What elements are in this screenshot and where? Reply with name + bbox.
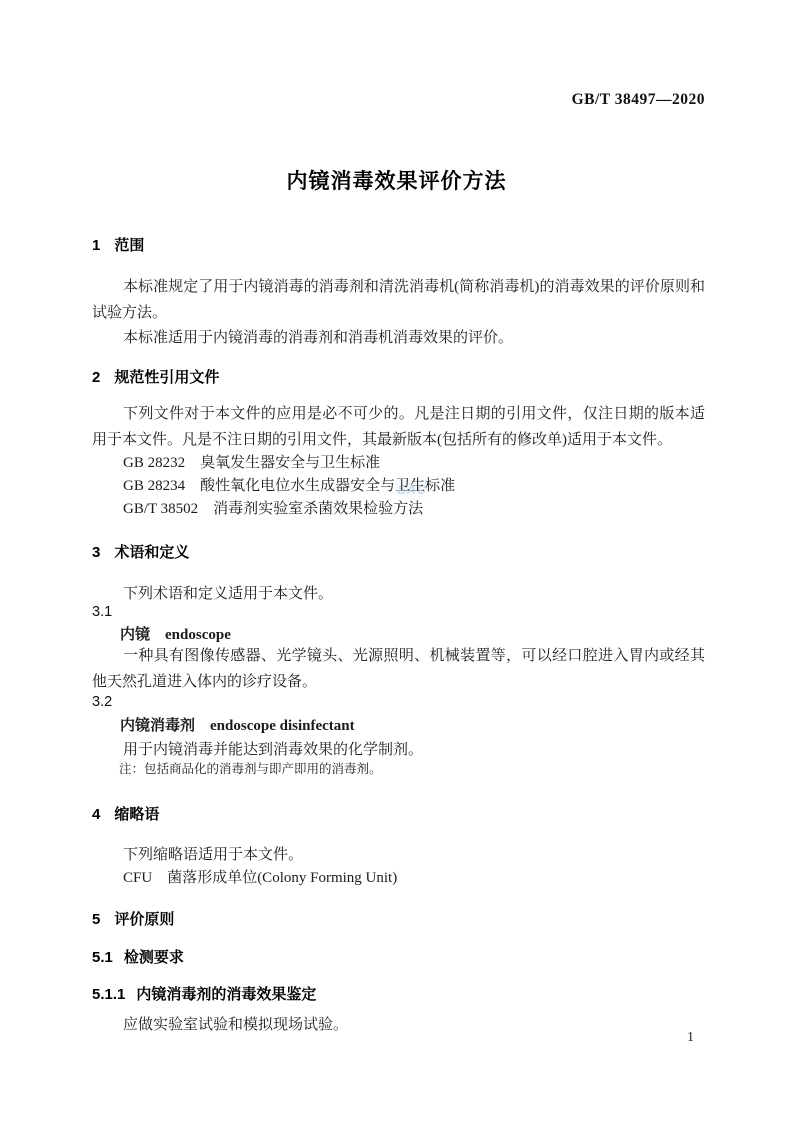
section-2-title: 规范性引用文件 [114, 369, 219, 386]
section-3-number: 3 [92, 544, 100, 561]
document-page: SAC GB/T 38497—2020 内镜消毒效果评价方法 1范围 本标准规定… [0, 0, 793, 1122]
section-5-heading: 5评价原则 [92, 908, 705, 929]
reference-item: GB 28234酸性氧化电位水生成器安全与卫生标准 [92, 475, 736, 498]
term-entry: 内镜endoscope [92, 623, 733, 644]
term-entry: 内镜消毒剂endoscope disinfectant [92, 714, 733, 735]
term-number: 3.2 [92, 694, 705, 710]
reference-code: GB 28234 [123, 475, 185, 498]
normative-references-intro: 下列文件对于本文件的应用是必不可少的。凡是注日期的引用文件，仅注日期的版本适用于… [92, 401, 705, 453]
section-1-heading: 1范围 [92, 234, 705, 255]
scope-paragraph-1: 本标准规定了用于内镜消毒的消毒剂和清洗消毒机(简称消毒机)的消毒效果的评价原则和… [92, 274, 705, 326]
section-4-number: 4 [92, 806, 100, 823]
section-5-1-1-heading: 5.1.1内镜消毒剂的消毒效果鉴定 [92, 983, 705, 1004]
reference-item: GB 28232臭氧发生器安全与卫生标准 [92, 452, 736, 475]
reference-title: 臭氧发生器安全与卫生标准 [200, 455, 380, 471]
term-number: 3.1 [92, 604, 705, 620]
term-en: endoscope disinfectant [210, 718, 355, 734]
section-3-heading: 3术语和定义 [92, 541, 705, 562]
abbreviations-intro: 下列缩略语适用于本文件。 [92, 842, 705, 868]
evaluation-paragraph: 应做实验室试验和模拟现场试验。 [92, 1012, 705, 1038]
term-note: 注：包括商品化的消毒剂与即产即用的消毒剂。 [92, 760, 732, 778]
section-5-1-heading: 5.1检测要求 [92, 946, 705, 967]
document-title: 内镜消毒效果评价方法 [0, 165, 793, 195]
term-definition: 一种具有图像传感器、光学镜头、光源照明、机械装置等，可以经口腔进入胃内或经其他天… [92, 643, 705, 695]
abbreviation-item: CFU菌落形成单位(Colony Forming Unit) [92, 866, 736, 887]
reference-item: GB/T 38502消毒剂实验室杀菌效果检验方法 [92, 498, 736, 521]
section-2-heading: 2规范性引用文件 [92, 366, 705, 387]
section-2-number: 2 [92, 369, 100, 386]
section-5-number: 5 [92, 911, 100, 928]
section-1-number: 1 [92, 237, 100, 254]
section-3-title: 术语和定义 [114, 544, 189, 561]
section-5-1-1-title: 内镜消毒剂的消毒效果鉴定 [136, 986, 316, 1003]
section-5-1-number: 5.1 [92, 949, 113, 966]
section-1-title: 范围 [114, 237, 144, 254]
section-4-title: 缩略语 [114, 806, 159, 823]
reference-title: 消毒剂实验室杀菌效果检验方法 [213, 501, 423, 517]
section-4-heading: 4缩略语 [92, 803, 705, 824]
page-number: 1 [687, 1030, 694, 1046]
reference-code: GB/T 38502 [123, 498, 198, 521]
standard-code: GB/T 38497—2020 [572, 91, 705, 109]
abbreviation-code: CFU [123, 870, 152, 887]
section-5-1-title: 检测要求 [124, 949, 184, 966]
section-5-1-1-number: 5.1.1 [92, 986, 125, 1003]
term-zh: 内镜消毒剂 [120, 714, 195, 735]
scope-paragraph-2: 本标准适用于内镜消毒的消毒剂和消毒机消毒效果的评价。 [92, 325, 705, 351]
section-5-title: 评价原则 [114, 911, 174, 928]
reference-title: 酸性氧化电位水生成器安全与卫生标准 [200, 478, 455, 494]
abbreviation-full: 菌落形成单位(Colony Forming Unit) [167, 870, 397, 886]
reference-code: GB 28232 [123, 452, 185, 475]
term-en: endoscope [165, 627, 231, 643]
term-zh: 内镜 [120, 623, 150, 644]
